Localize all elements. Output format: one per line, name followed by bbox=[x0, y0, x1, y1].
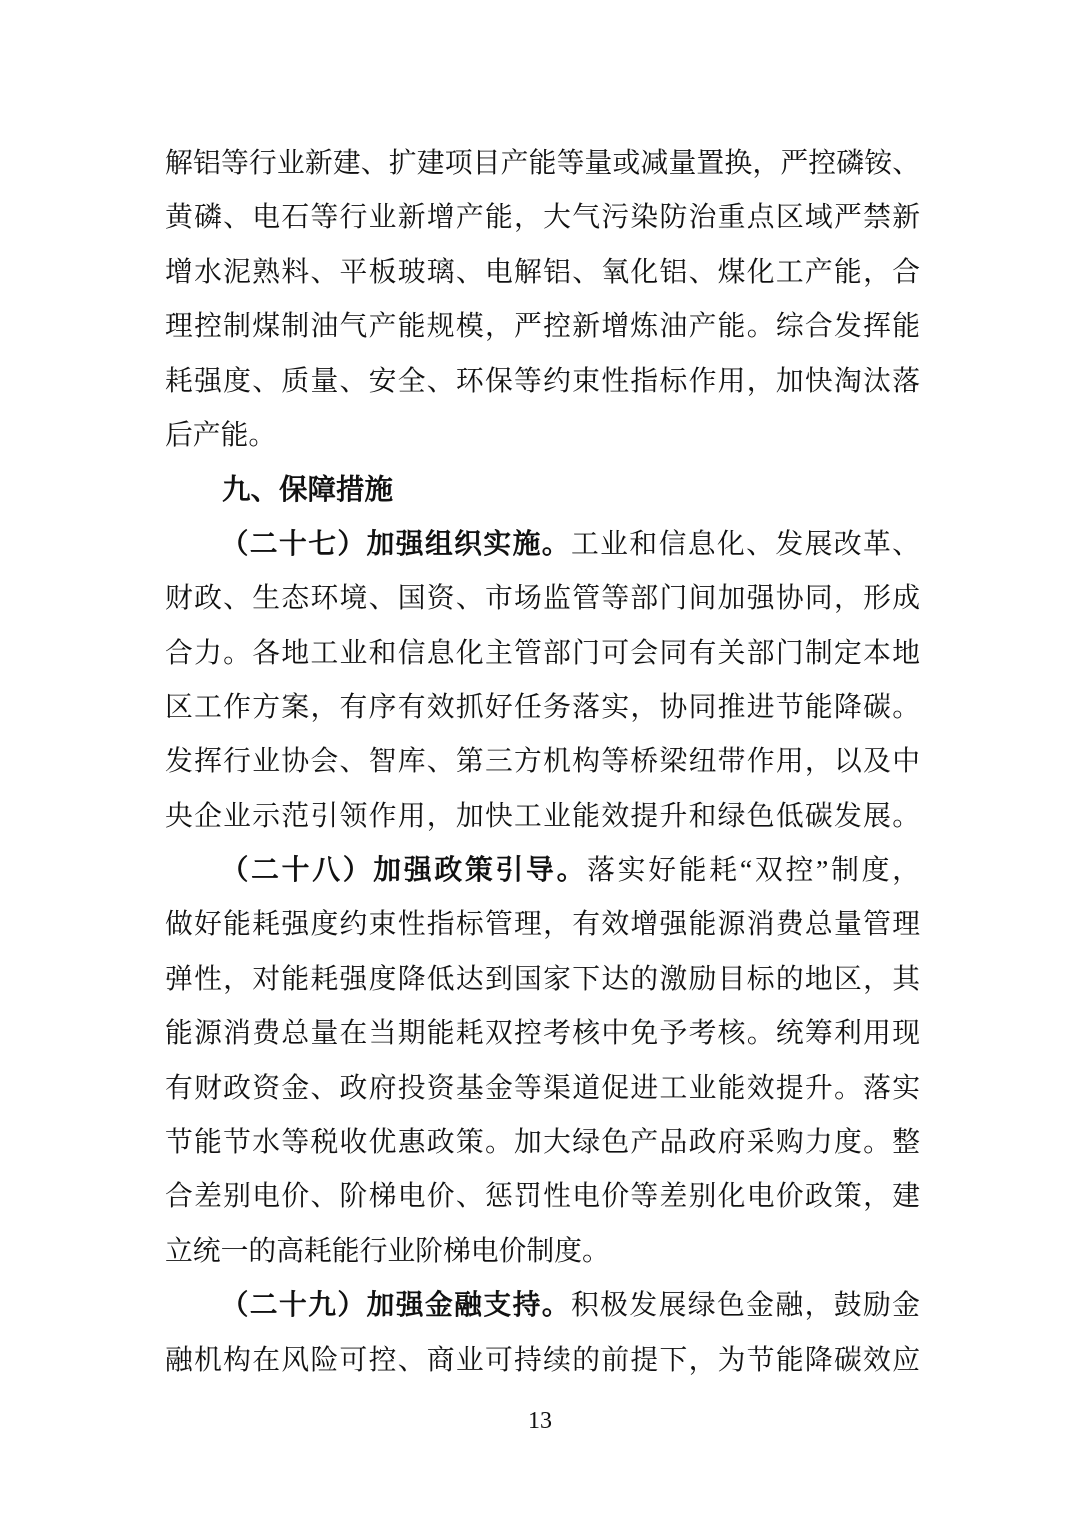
text-line: 后产能。 bbox=[165, 409, 920, 463]
text-line: 增水泥熟料、平板玻璃、电解铝、氧化铝、煤化工产能，合 bbox=[165, 246, 920, 300]
text-line: 区工作方案，有序有效抓好任务落实，协同推进节能降碳。 bbox=[165, 681, 920, 735]
text-line: 耗强度、质量、安全、环保等约束性指标作用，加快淘汰落 bbox=[165, 355, 920, 409]
text-line: （二十八）加强政策引导。落实好能耗“双控”制度， bbox=[165, 844, 920, 898]
text-line: （二十九）加强金融支持。积极发展绿色金融，鼓励金 bbox=[165, 1279, 920, 1333]
section-heading: 九、保障措施 bbox=[165, 463, 920, 517]
paragraph-lead: （二十八）加强政策引导。 bbox=[221, 855, 588, 886]
text-line: 合差别电价、阶梯电价、惩罚性电价等差别化电价政策，建 bbox=[165, 1170, 920, 1224]
text-line: 弹性，对能耗强度降低达到国家下达的激励目标的地区，其 bbox=[165, 953, 920, 1007]
document-page: 解铝等行业新建、扩建项目产能等量或减量置换，严控磷铵、黄磷、电石等行业新增产能，… bbox=[0, 0, 1080, 1527]
page-number: 13 bbox=[0, 1408, 1080, 1435]
text-line: 融机构在风险可控、商业可持续的前提下，为节能降碳效应 bbox=[165, 1334, 920, 1388]
text-line: 节能节水等税收优惠政策。加大绿色产品政府采购力度。整 bbox=[165, 1116, 920, 1170]
text-line: 能源消费总量在当期能耗双控考核中免予考核。统筹利用现 bbox=[165, 1007, 920, 1061]
text-line: 央企业示范引领作用，加快工业能效提升和绿色低碳发展。 bbox=[165, 790, 920, 844]
text-line: 黄磷、电石等行业新增产能，大气污染防治重点区域严禁新 bbox=[165, 191, 920, 245]
text-line: 做好能耗强度约束性指标管理，有效增强能源消费总量管理 bbox=[165, 898, 920, 952]
paragraph-lead: （二十七）加强组织实施。 bbox=[221, 529, 571, 560]
document-body: 解铝等行业新建、扩建项目产能等量或减量置换，严控磷铵、黄磷、电石等行业新增产能，… bbox=[165, 137, 920, 1388]
text-line: 发挥行业协会、智库、第三方机构等桥梁纽带作用，以及中 bbox=[165, 735, 920, 789]
text-line: 财政、生态环境、国资、市场监管等部门间加强协同，形成 bbox=[165, 572, 920, 626]
text-line: 合力。各地工业和信息化主管部门可会同有关部门制定本地 bbox=[165, 627, 920, 681]
text-line: 理控制煤制油气产能规模，严控新增炼油产能。综合发挥能 bbox=[165, 300, 920, 354]
paragraph-lead: （二十九）加强金融支持。 bbox=[221, 1290, 571, 1321]
text-line: 解铝等行业新建、扩建项目产能等量或减量置换，严控磷铵、 bbox=[165, 137, 920, 191]
text-line: （二十七）加强组织实施。工业和信息化、发展改革、 bbox=[165, 518, 920, 572]
text-line: 有财政资金、政府投资基金等渠道促进工业能效提升。落实 bbox=[165, 1062, 920, 1116]
text-line: 立统一的高耗能行业阶梯电价制度。 bbox=[165, 1225, 920, 1279]
